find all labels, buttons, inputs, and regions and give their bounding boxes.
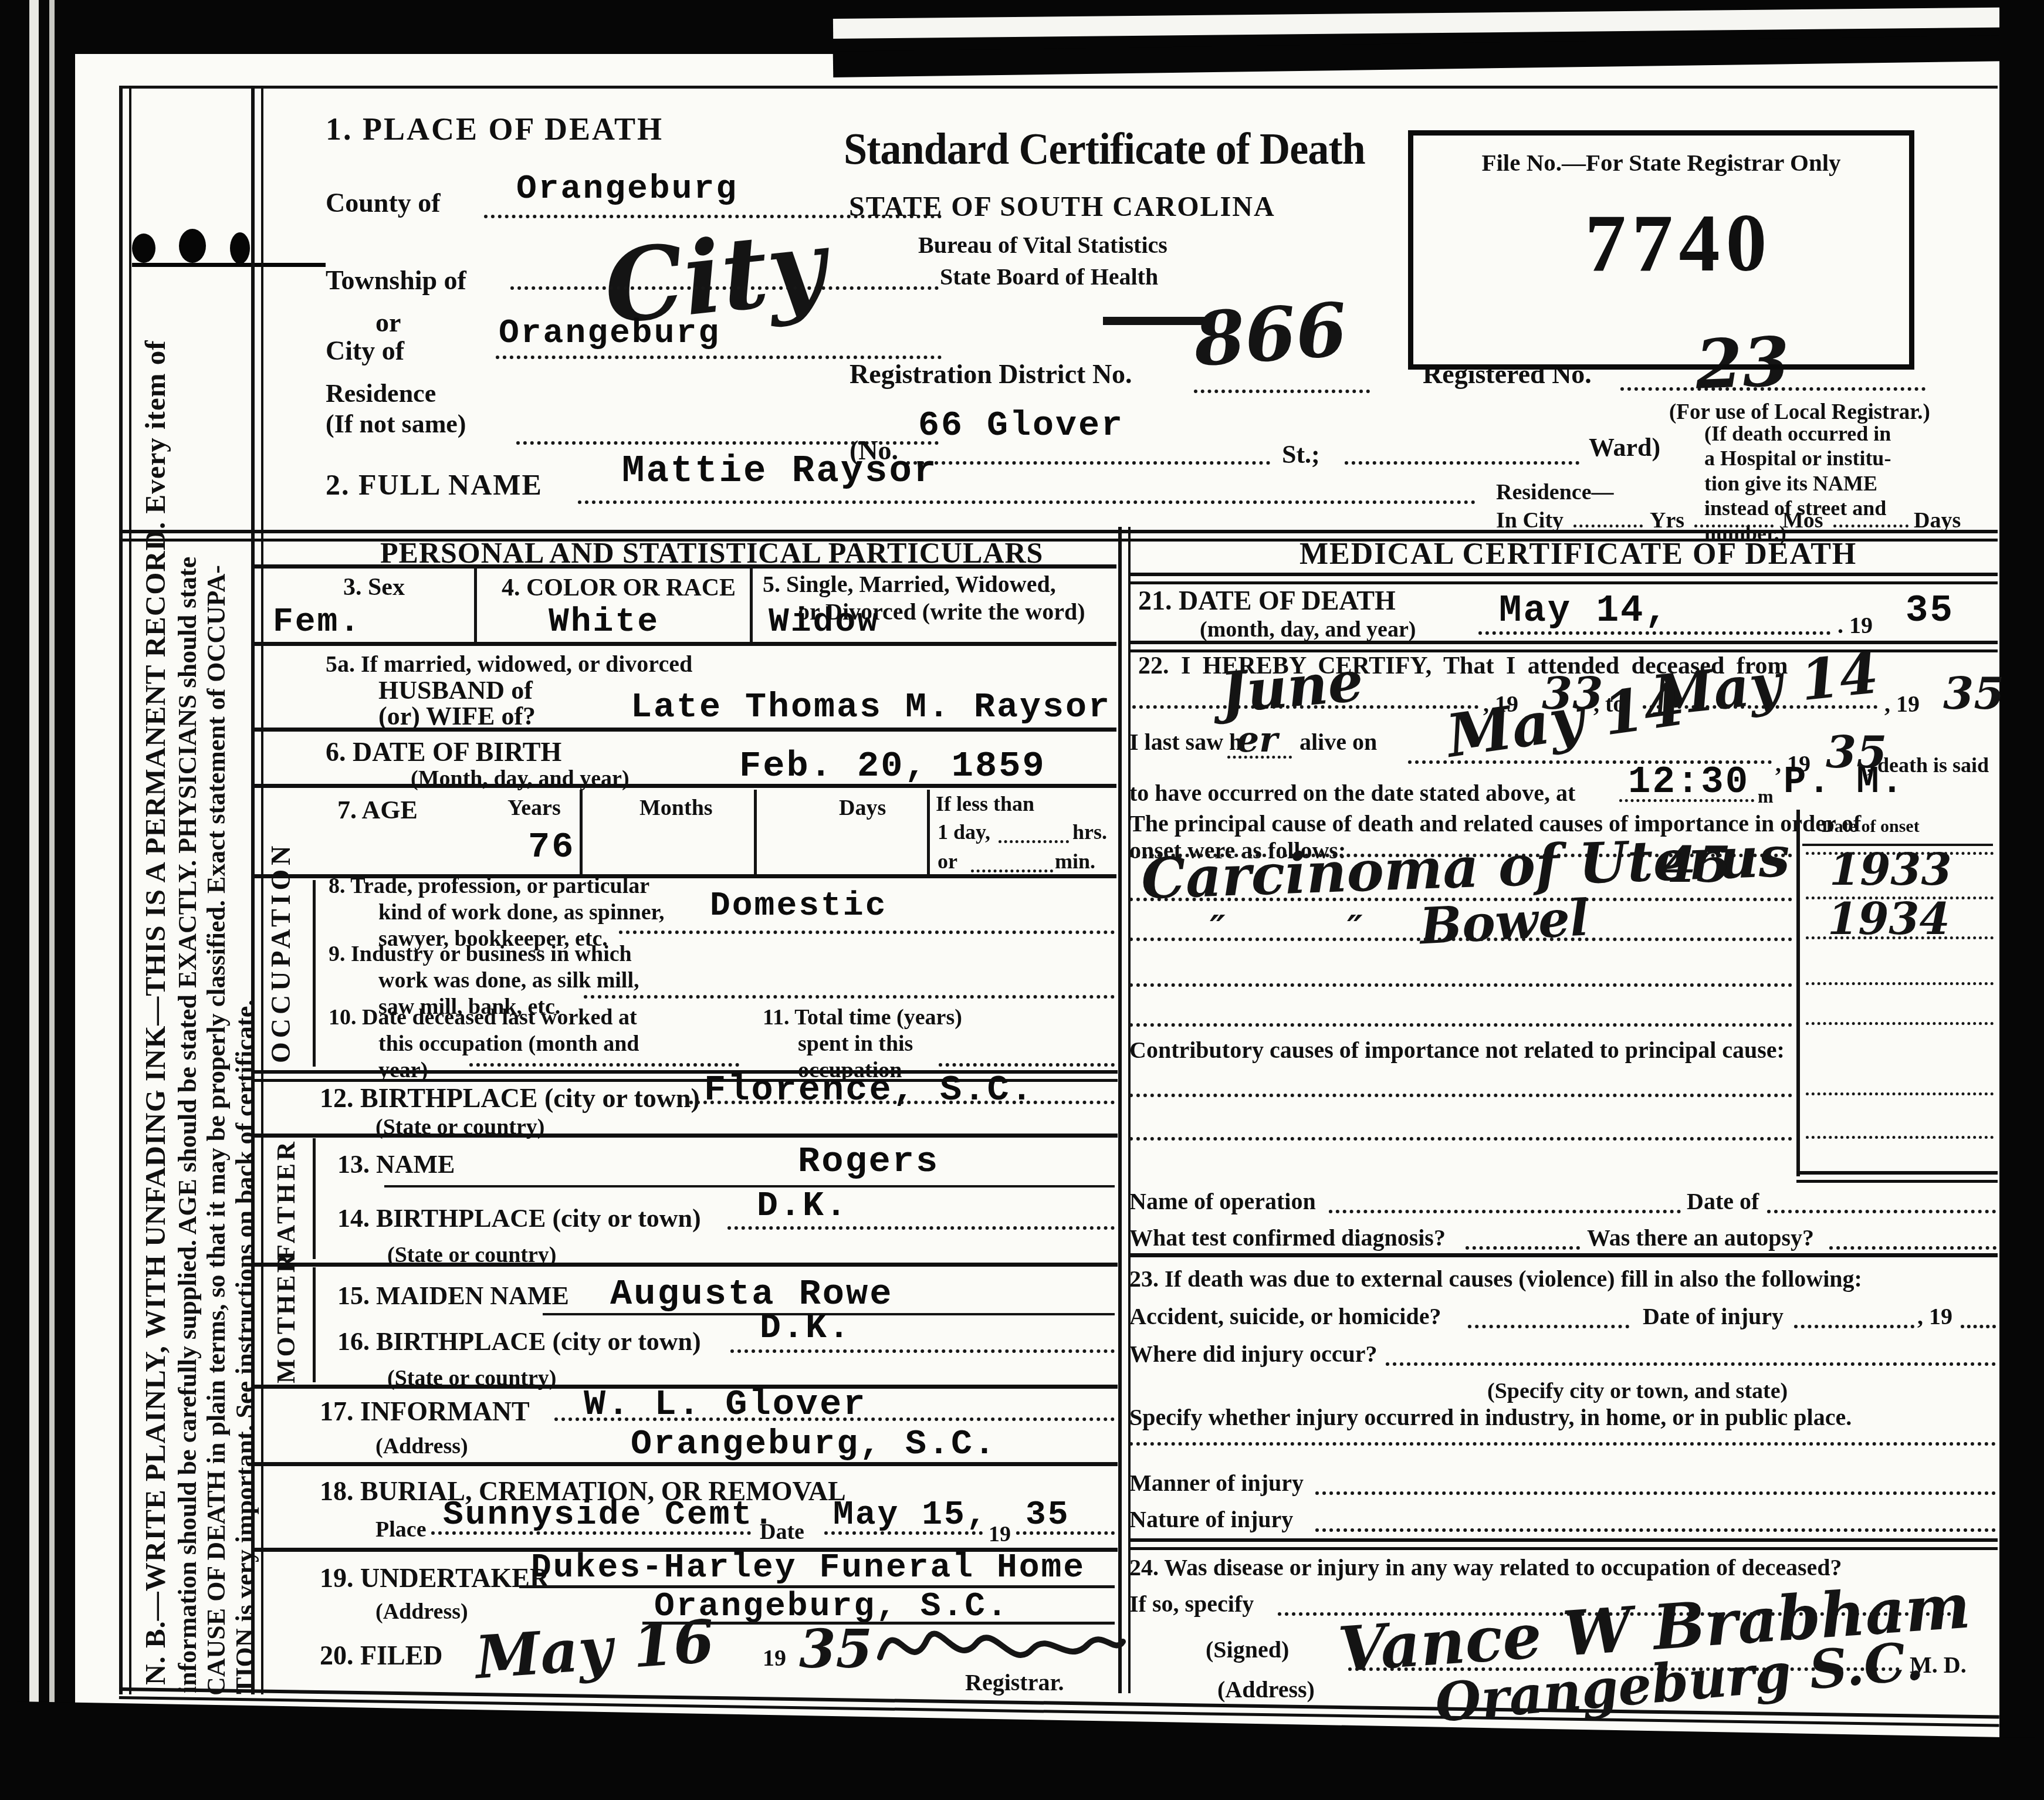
attended-19b: , 19 — [1884, 691, 1920, 718]
attended-from-value: June — [1218, 649, 1366, 726]
mother-birthplace-value: D.K. — [760, 1308, 851, 1348]
accident-label: Accident, suicide, or homicide? — [1129, 1304, 1441, 1330]
hrs-label: hrs. — [1072, 820, 1107, 844]
registration-district-label: Registration District No. — [850, 359, 1132, 390]
date-of-death-line — [1478, 631, 1830, 635]
row5-bottom-rule — [254, 642, 1116, 646]
row22-bottom-rule — [1129, 1253, 1998, 1257]
occ8-value: Domestic — [710, 887, 887, 925]
if-less-than-label: If less than — [936, 792, 1034, 816]
last-saw-er: er — [1237, 719, 1278, 760]
scan-stripe-left-2 — [49, 0, 55, 1800]
time-line — [1619, 799, 1754, 802]
right-column-heading: MEDICAL CERTIFICATE OF DEATH — [1300, 537, 1857, 571]
residence-label: Residence — [326, 379, 436, 408]
sidebar-note-line-1: N. B.—WRITE PLAINLY, WITH UNFADING INK—T… — [138, 340, 172, 1685]
nature-label: Nature of injury — [1129, 1507, 1293, 1533]
or-min-label: or — [938, 850, 957, 873]
age-months-label: Months — [639, 796, 713, 821]
street-line-2 — [1345, 461, 1579, 465]
time-value: 12:30 — [1628, 762, 1749, 804]
burial-date-label: Date — [760, 1520, 804, 1545]
full-name-label: 2. FULL NAME — [326, 468, 543, 501]
date-of-line — [1767, 1210, 1996, 1213]
cause-line-3 — [1129, 983, 1792, 987]
race-marital-divider — [750, 567, 753, 642]
in-city-line — [1573, 525, 1643, 527]
marital-value: Widow — [769, 603, 879, 641]
operation-line — [1329, 1210, 1681, 1213]
form-left-border — [119, 86, 131, 1694]
occ10-line — [469, 1063, 739, 1067]
specify-line — [1129, 1442, 1996, 1446]
registration-district-value: 866 — [1191, 287, 1349, 383]
scan-blob-3 — [230, 232, 250, 264]
mos-line — [1833, 525, 1908, 527]
row5a-bottom-rule — [254, 728, 1116, 732]
residence-right-label: Residence— — [1496, 480, 1614, 505]
column-divider — [1118, 527, 1131, 1693]
filed-year-value: 35 — [799, 1618, 872, 1680]
scan-blob-2 — [179, 229, 206, 263]
sidebar-note-line-3: CAUSE OF DEATH in plain terms, so that i… — [201, 565, 231, 1696]
cause-2-ditto-2: ″ — [1347, 908, 1363, 949]
husband-label-3: (or) WIFE of? — [378, 702, 536, 730]
onset-box-left-border — [1796, 810, 1800, 1176]
occupation-side-divider — [313, 880, 316, 1067]
autopsy-line — [1829, 1246, 1996, 1250]
sex-label: 3. Sex — [343, 574, 405, 601]
bureau-title: Bureau of Vital Statistics — [918, 232, 1167, 259]
birthplace-label: 12. BIRTHPLACE (city or town) — [320, 1083, 700, 1114]
onset-box-bottom-rule — [1796, 1171, 1998, 1183]
occurred-label: to have occurred on the date stated abov… — [1129, 780, 1575, 807]
burial-place-value: Sunnyside Cemt. — [443, 1496, 776, 1534]
scan-dash — [132, 263, 326, 267]
specify-city-label: (Specify city or town, and state) — [1487, 1379, 1788, 1404]
city-label: City of — [326, 336, 404, 366]
autopsy-label: Was there an autopsy? — [1587, 1225, 1814, 1251]
occ9-line — [584, 995, 1115, 999]
row23-bottom-rule — [1129, 1538, 1998, 1550]
father-name-label: 13. NAME — [337, 1150, 455, 1179]
last-saw-er-line — [1227, 756, 1292, 759]
birthplace-value: Florence, S.C. — [704, 1069, 1034, 1111]
burial-date-value: May 15, — [833, 1496, 989, 1534]
file-no-box-title: File No.—For State Registrar Only — [1413, 150, 1909, 177]
one-day-label: 1 day, — [938, 820, 990, 844]
date-of-death-19: . 19 — [1837, 613, 1873, 639]
burial-place-label: Place — [375, 1517, 427, 1542]
occ8-label: 8. Trade, profession, or particular kind… — [329, 873, 707, 952]
cause-line-6 — [1129, 1137, 1792, 1141]
burial-19-label: 19 — [989, 1522, 1011, 1547]
days-ifless-divider — [927, 790, 930, 874]
county-value: Orangeburg — [516, 170, 738, 208]
onset-line-2 — [1806, 936, 1994, 939]
age-days-label: Days — [839, 796, 886, 821]
alive-on-label: alive on — [1300, 729, 1377, 756]
if-so-specify-label: If so, specify — [1129, 1591, 1254, 1618]
informant-line — [554, 1417, 1115, 1421]
informant-address-label: (Address) — [375, 1434, 468, 1459]
cause-line-2 — [1129, 938, 1792, 941]
filed-label: 20. FILED — [320, 1640, 443, 1671]
race-value: White — [549, 603, 659, 641]
operation-label: Name of operation — [1129, 1189, 1316, 1215]
township-label: Township of — [326, 265, 466, 296]
age-years-label: Years — [507, 796, 561, 821]
father-birthplace-value: D.K. — [757, 1186, 848, 1226]
father-name-value: Rogers — [798, 1141, 939, 1182]
age-value: 76 — [528, 826, 575, 868]
in-city-label: In City — [1496, 508, 1564, 533]
mos-label: Mos — [1782, 508, 1823, 533]
onset-box-label: Date of onset — [1822, 817, 1920, 837]
date-of-death-value: May 14, — [1499, 590, 1669, 632]
onset-line-3 — [1806, 982, 1994, 985]
residence-sublabel: (If not same) — [326, 410, 466, 438]
county-label: County of — [326, 188, 441, 218]
ward-label: Ward) — [1589, 433, 1660, 462]
city-value: Orangeburg — [499, 314, 720, 353]
scan-band-right — [1999, 0, 2044, 1800]
mother-birthplace-label: 16. BIRTHPLACE (city or town) — [337, 1327, 701, 1356]
hrs-line — [999, 840, 1069, 843]
burial-year-line — [1016, 1531, 1115, 1535]
specify-where-label: Specify whether injury occurred in indus… — [1129, 1405, 1852, 1431]
manner-label: Manner of injury — [1129, 1470, 1304, 1497]
nature-line — [1315, 1528, 1996, 1532]
father-side-divider — [313, 1138, 316, 1259]
min-label: min. — [1055, 850, 1095, 873]
informant-label: 17. INFORMANT — [320, 1396, 530, 1427]
occ11-line — [939, 1063, 1115, 1067]
date-of-label: Date of — [1687, 1189, 1759, 1215]
occupation-related-label: 24. Was disease or injury in any way rel… — [1129, 1555, 1842, 1581]
dob-value: Feb. 20, 1859 — [739, 745, 1046, 787]
accident-line — [1468, 1325, 1629, 1328]
burial-place-line — [431, 1531, 751, 1535]
father-side-label: FATHER — [271, 1139, 301, 1260]
injury-19-line — [1961, 1325, 1996, 1328]
cause-2-ditto-1: ″ — [1210, 908, 1226, 949]
row12-bottom-rule — [254, 1134, 1118, 1138]
test-line — [1466, 1246, 1580, 1250]
contributory-label: Contributory causes of importance not re… — [1129, 1037, 1785, 1064]
sex-race-divider — [474, 567, 477, 642]
scan-stripe-left-1 — [29, 0, 39, 1800]
mother-side-label: MOTHER — [271, 1252, 301, 1383]
cause-2-value: Bowel — [1419, 889, 1590, 956]
mother-name-label: 15. MAIDEN NAME — [337, 1281, 569, 1310]
father-birthplace-label: 14. BIRTHPLACE (city or town) — [337, 1204, 701, 1233]
husband-value: Late Thomas M. Raysor — [631, 688, 1111, 728]
years-months-divider — [580, 790, 583, 874]
onset-line-4 — [1806, 1022, 1994, 1025]
filed-19-label: 19 — [763, 1645, 786, 1672]
cause-line-4 — [1129, 1023, 1792, 1027]
cause-line-5 — [1129, 1094, 1792, 1097]
left-heading-rule — [254, 564, 1116, 569]
mother-side-divider — [313, 1267, 316, 1382]
undertaker-address-label: (Address) — [375, 1599, 468, 1625]
days-label: Days — [1914, 508, 1961, 533]
file-no-box: File No.—For State Registrar Only 7740 — [1408, 130, 1914, 370]
occ8-line — [619, 931, 1115, 934]
occupation-side-label: OCCUPATION — [265, 841, 296, 1063]
undertaker-label: 19. UNDERTAKER — [320, 1563, 549, 1593]
township-line — [510, 286, 939, 290]
date-of-death-sublabel: (month, day, and year) — [1200, 617, 1416, 642]
registrar-label: Registrar. — [965, 1670, 1064, 1696]
external-causes-label: 23. If death was due to external causes … — [1129, 1266, 1862, 1293]
father-birthplace-line — [727, 1226, 1115, 1230]
yrs-label: Yrs — [1650, 508, 1684, 533]
injury-19-label: , 19 — [1917, 1304, 1952, 1330]
death-certificate-scan: N. B.—WRITE PLAINLY, WITH UNFADING INK—T… — [0, 0, 2044, 1800]
physician-address-label: (Address) — [1217, 1677, 1315, 1703]
file-no-value: 7740 — [1431, 198, 1927, 290]
where-injury-line — [1386, 1362, 1996, 1366]
where-injury-label: Where did injury occur? — [1129, 1341, 1378, 1368]
or-label: or — [375, 307, 401, 338]
birthplace-line — [689, 1101, 1115, 1104]
burial-date-line — [824, 1531, 983, 1535]
min-line — [971, 869, 1053, 872]
injury-date-label: Date of injury — [1643, 1304, 1784, 1330]
right-heading-rule — [1129, 573, 1998, 584]
full-name-value: Mattie Raysor — [622, 451, 938, 493]
state-title: STATE OF SOUTH CAROLINA — [849, 191, 1275, 223]
onset-line-6 — [1806, 1136, 1994, 1139]
onset-year-1: 1933 — [1829, 844, 1952, 895]
burial-year-value: 35 — [1026, 1496, 1070, 1534]
test-label: What test confirmed diagnosis? — [1129, 1225, 1446, 1251]
attended-to-year: 35 — [1943, 668, 2004, 719]
row6-bottom-rule — [254, 784, 1116, 788]
onset-line-5 — [1806, 1092, 1994, 1095]
undertaker-value: Dukes-Harley Funeral Home — [531, 1549, 1085, 1587]
street-line-1 — [906, 461, 1270, 465]
cause-1-number: 45 — [1661, 835, 1731, 894]
informant-bottom-rule — [254, 1462, 1118, 1466]
sidebar-note-line-2: information should be carefully supplied… — [172, 557, 202, 1693]
street-no-value: 66 Glover — [918, 406, 1124, 446]
husband-label-2: HUSBAND of — [378, 676, 533, 705]
street-suffix-label: St.; — [1282, 440, 1320, 469]
mother-birthplace-line — [730, 1349, 1115, 1353]
father-name-line — [384, 1185, 1115, 1187]
place-of-death-heading: 1. PLACE OF DEATH — [326, 111, 664, 147]
registration-district-line — [1194, 390, 1370, 393]
board-title: State Board of Health — [940, 264, 1158, 290]
scan-blob-1 — [132, 234, 155, 263]
last-saw-label: I last saw h — [1129, 729, 1242, 756]
date-of-death-label: 21. DATE OF DEATH — [1138, 586, 1396, 616]
dob-label: 6. DATE OF BIRTH — [326, 737, 561, 767]
husband-label-1: 5a. If married, widowed, or divorced — [326, 651, 692, 678]
certificate-title: Standard Certificate of Death — [844, 124, 1365, 174]
form-top-border — [119, 86, 1998, 89]
months-days-divider — [754, 790, 757, 874]
sidebar-note-line-4: TION is very important. See instructions… — [230, 1000, 260, 1694]
manner-line — [1315, 1491, 1996, 1495]
yrs-line — [1694, 525, 1774, 527]
father-bottom-rule — [254, 1263, 1118, 1267]
full-name-line — [578, 500, 1476, 504]
date-of-death-year: 35 — [1906, 590, 1954, 632]
signed-label: (Signed) — [1206, 1637, 1289, 1663]
time-m-label: m — [1758, 786, 1774, 807]
sex-value: Fem. — [273, 603, 361, 641]
pm-value: P. M. — [1784, 762, 1905, 804]
race-label: 4. COLOR OR RACE — [502, 574, 736, 603]
informant-address-value: Orangeburg, S.C. — [631, 1425, 997, 1464]
age-label: 7. AGE — [337, 796, 418, 824]
injury-date-line — [1794, 1325, 1914, 1328]
